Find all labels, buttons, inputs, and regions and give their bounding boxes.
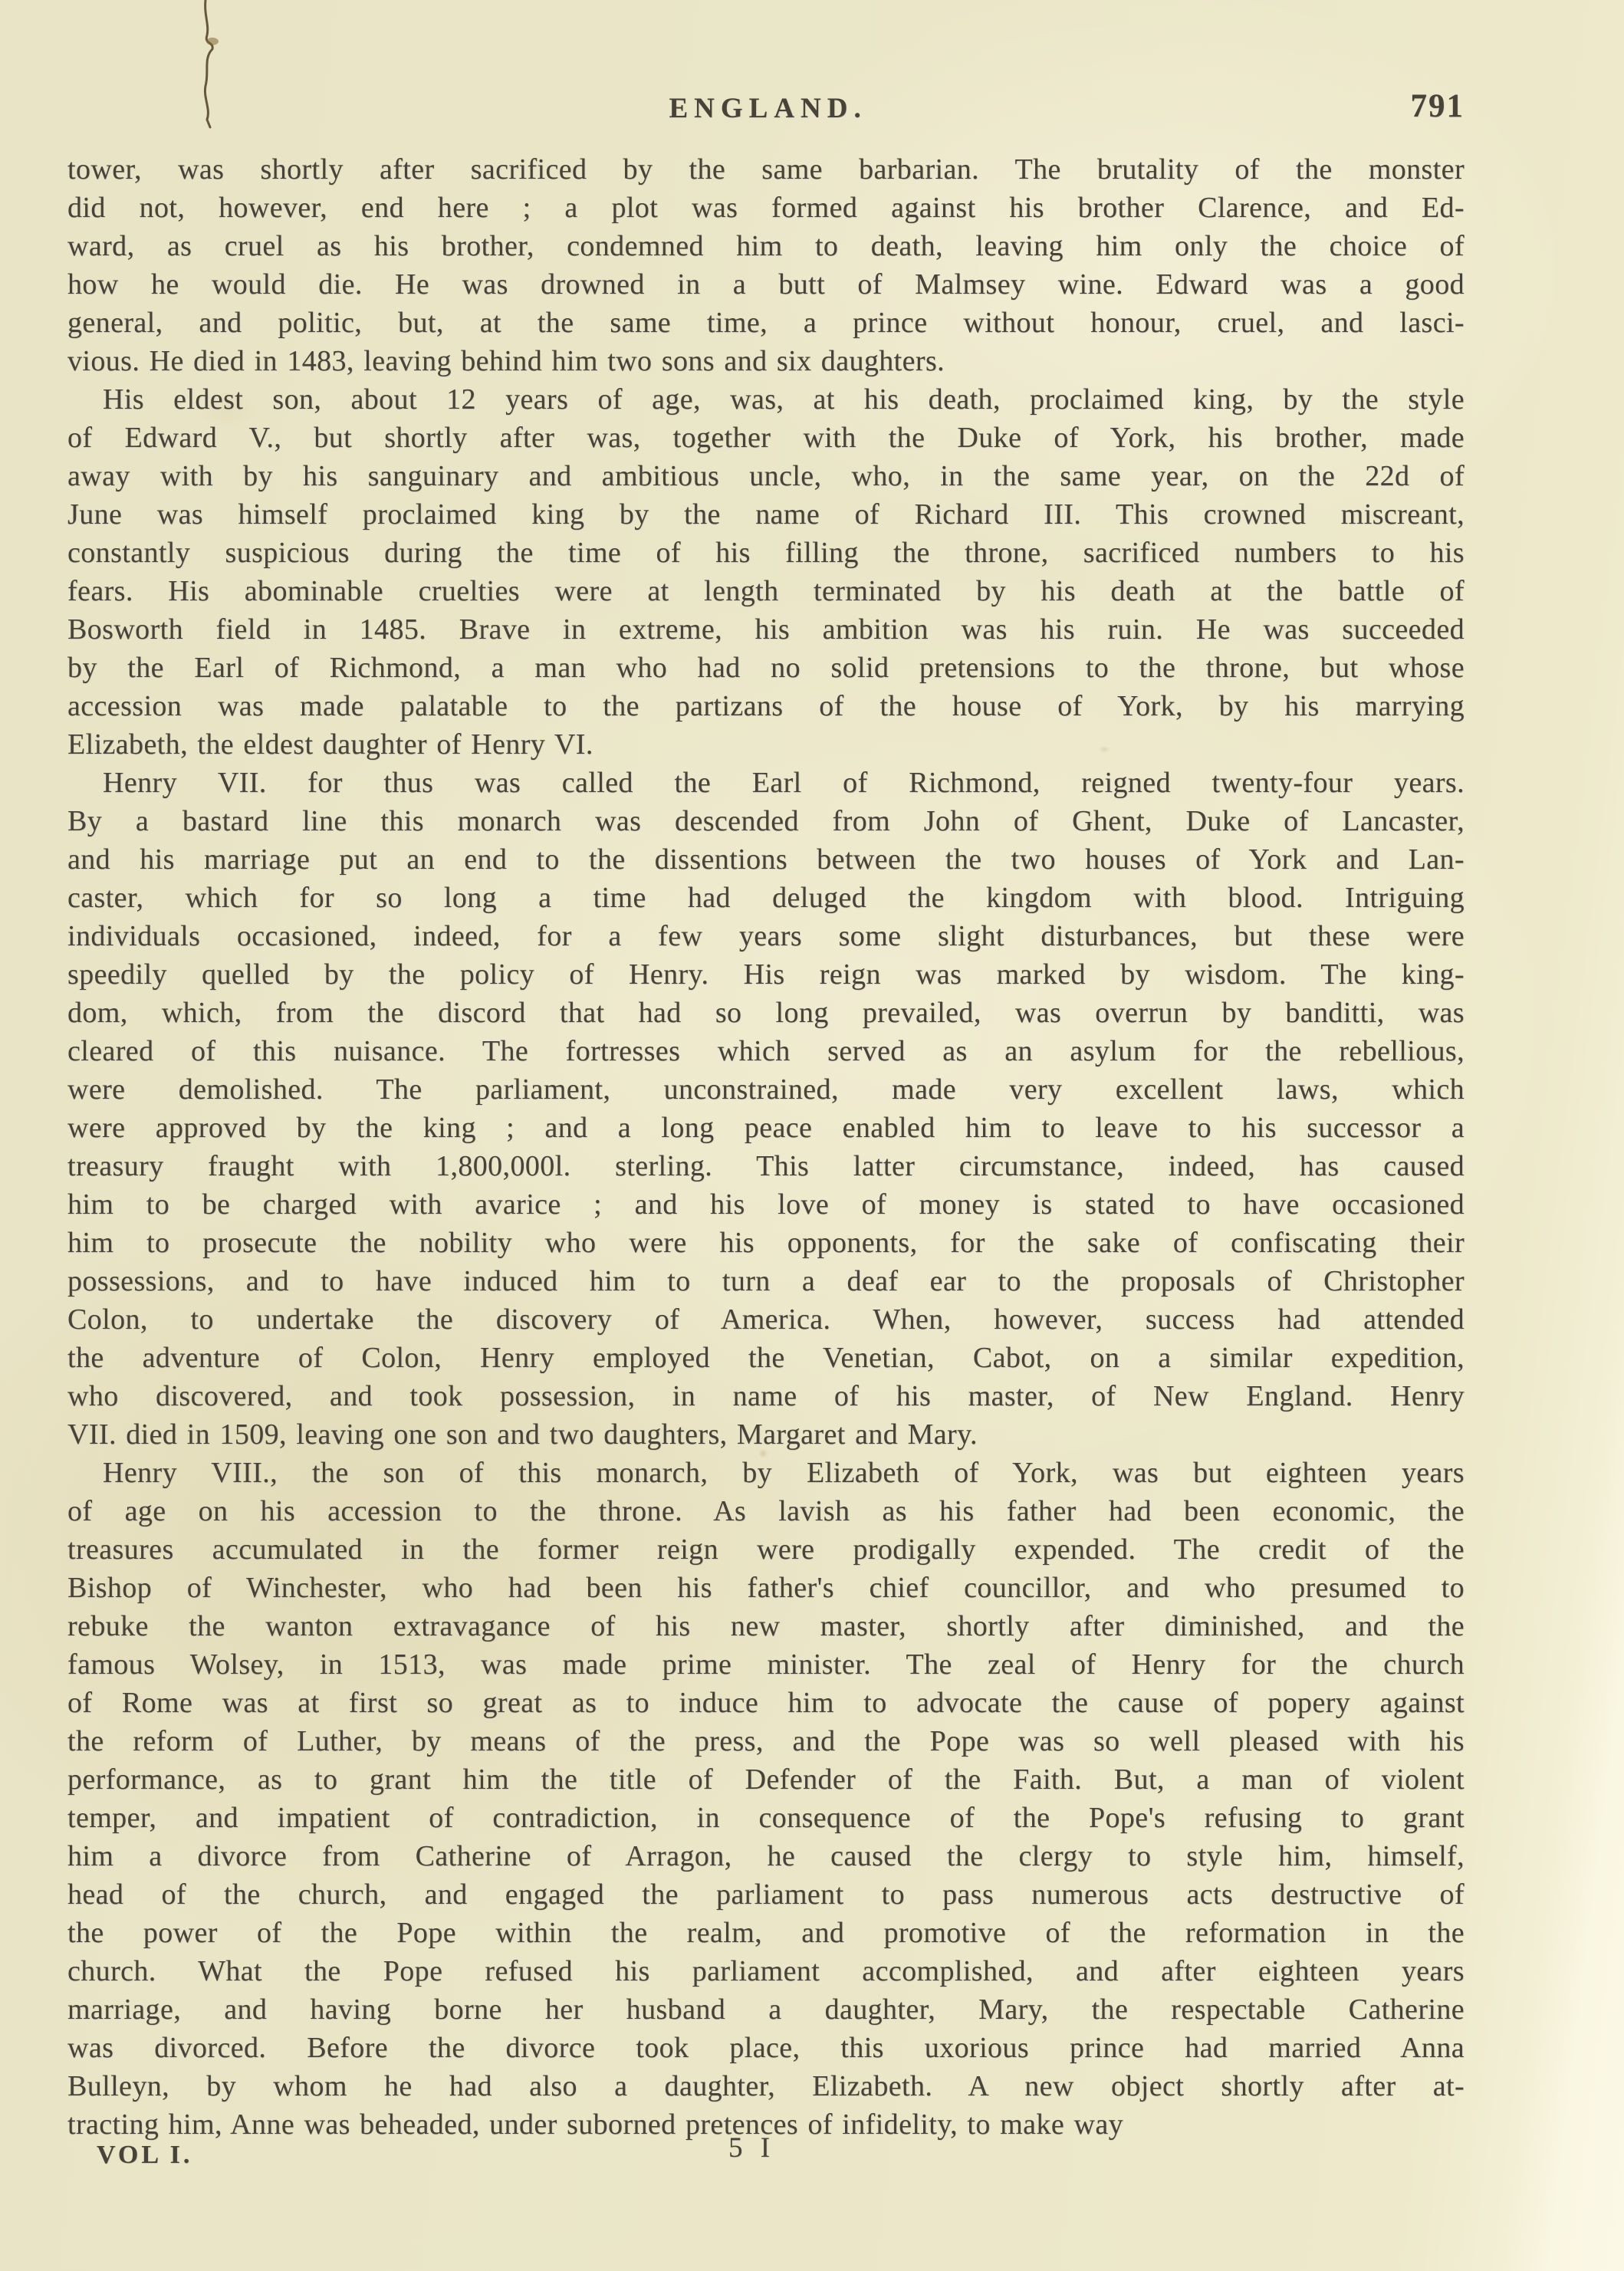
text-line: and his marriage put an end to the disse…: [67, 840, 1465, 879]
text-line: famous Wolsey, in 1513, was made prime m…: [67, 1645, 1465, 1684]
text-line: possessions, and to have induced him to …: [67, 1262, 1465, 1300]
text-line: VII. died in 1509, leaving one son and t…: [67, 1415, 1465, 1454]
page-number: 791: [1411, 87, 1465, 125]
text-line: who discovered, and took possession, in …: [67, 1377, 1465, 1415]
text-line: rebuke the wanton extravagance of his ne…: [67, 1607, 1465, 1645]
text-line: June was himself proclaimed king by the …: [67, 495, 1465, 534]
text-line: him to be charged with avarice ; and his…: [67, 1185, 1465, 1224]
text-line: general, and politic, but, at the same t…: [67, 304, 1465, 342]
text-line: church. What the Pope refused his parlia…: [67, 1952, 1465, 1990]
text-line: the power of the Pope within the realm, …: [67, 1914, 1465, 1952]
page-text: tower, was shortly after sacrificed by t…: [67, 150, 1465, 2144]
text-line: fears. His abominable cruelties were at …: [67, 572, 1465, 610]
text-line: tower, was shortly after sacrificed by t…: [67, 150, 1465, 189]
text-line: of Rome was at first so great as to indu…: [67, 1684, 1465, 1722]
text-line: was divorced. Before the divorce took pl…: [67, 2029, 1465, 2067]
text-line: constantly suspicious during the time of…: [67, 534, 1465, 572]
text-line: temper, and impatient of contradiction, …: [67, 1799, 1465, 1837]
text-line: were demolished. The parliament, unconst…: [67, 1070, 1465, 1109]
text-line: head of the church, and engaged the parl…: [67, 1875, 1465, 1914]
text-line: away with by his sanguinary and ambitiou…: [67, 457, 1465, 495]
page-header-title: ENGLAND.: [669, 92, 866, 125]
text-line: were approved by the king ; and a long p…: [67, 1109, 1465, 1147]
text-line: him to prosecute the nobility who were h…: [67, 1224, 1465, 1262]
text-line: caster, which for so long a time had del…: [67, 879, 1465, 917]
text-line: Bosworth field in 1485. Brave in extreme…: [67, 610, 1465, 649]
text-line: Henry VII. for thus was called the Earl …: [67, 764, 1465, 802]
text-line: the adventure of Colon, Henry employed t…: [67, 1339, 1465, 1377]
text-line: accession was made palatable to the part…: [67, 687, 1465, 725]
text-line: performance, as to grant him the title o…: [67, 1760, 1465, 1799]
book-page: ENGLAND. 791 tower, was shortly after sa…: [0, 0, 1624, 2271]
text-line: Henry VIII., the son of this monarch, by…: [67, 1454, 1465, 1492]
signature-mark: 5 I: [728, 2131, 775, 2164]
text-line: marriage, and having borne her husband a…: [67, 1990, 1465, 2029]
page-footer: VOL I. 5 I: [67, 2138, 1465, 2184]
text-line: vious. He died in 1483, leaving behind h…: [67, 342, 1465, 380]
text-line: him a divorce from Catherine of Arragon,…: [67, 1837, 1465, 1875]
text-line: of Edward V., but shortly after was, tog…: [67, 419, 1465, 457]
text-line: cleared of this nuisance. The fortresses…: [67, 1032, 1465, 1070]
text-line: the reform of Luther, by means of the pr…: [67, 1722, 1465, 1760]
text-line: ward, as cruel as his brother, condemned…: [67, 227, 1465, 265]
text-line: individuals occasioned, indeed, for a fe…: [67, 917, 1465, 955]
page-header: ENGLAND. 791: [67, 90, 1465, 133]
text-line: Elizabeth, the eldest daughter of Henry …: [67, 725, 1465, 764]
text-line: His eldest son, about 12 years of age, w…: [67, 380, 1465, 419]
text-line: dom, which, from the discord that had so…: [67, 994, 1465, 1032]
text-line: speedily quelled by the policy of Henry.…: [67, 955, 1465, 994]
text-line: By a bastard line this monarch was desce…: [67, 802, 1465, 840]
text-line: Colon, to undertake the discovery of Ame…: [67, 1300, 1465, 1339]
text-line: how he would die. He was drowned in a bu…: [67, 265, 1465, 304]
text-line: of age on his accession to the throne. A…: [67, 1492, 1465, 1530]
text-line: did not, however, end here ; a plot was …: [67, 189, 1465, 227]
text-line: by the Earl of Richmond, a man who had n…: [67, 649, 1465, 687]
volume-label: VOL I.: [97, 2141, 192, 2170]
text-line: treasures accumulated in the former reig…: [67, 1530, 1465, 1569]
text-line: treasury fraught with 1,800,000l. sterli…: [67, 1147, 1465, 1185]
text-line: Bulleyn, by whom he had also a daughter,…: [67, 2067, 1465, 2105]
text-line: Bishop of Winchester, who had been his f…: [67, 1569, 1465, 1607]
